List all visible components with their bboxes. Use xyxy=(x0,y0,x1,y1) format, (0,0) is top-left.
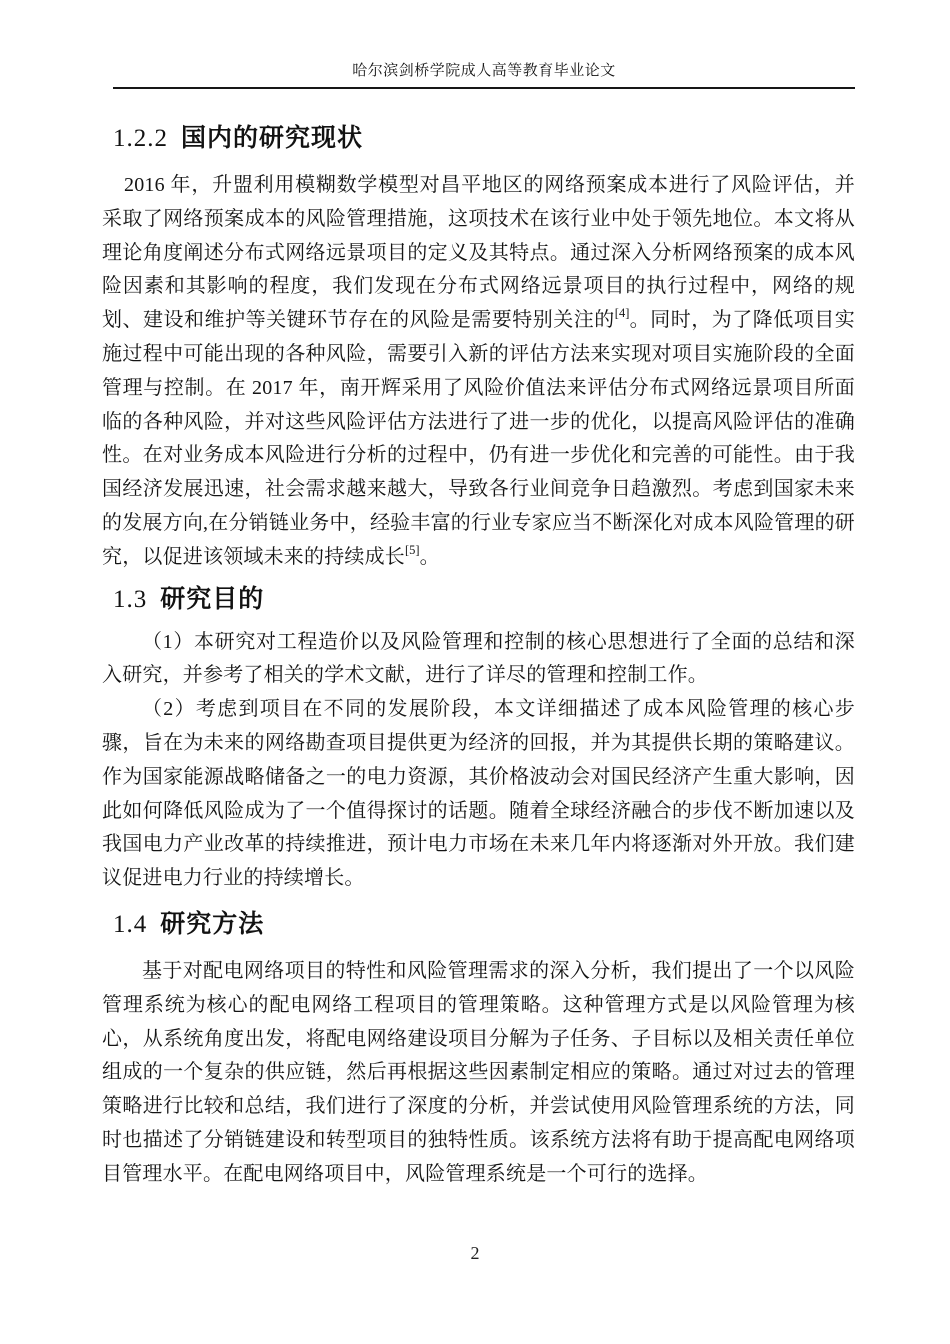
section-heading-1.3: 1.3研究目的 xyxy=(113,583,855,616)
paragraph-text: 。 xyxy=(420,546,440,568)
body-paragraph: 基于对配电网络项目的特性和风险管理需求的深入分析，我们提出了一个以风险管理系统为… xyxy=(102,955,855,1192)
heading-number: 1.2.2 xyxy=(113,125,168,152)
paragraph-text: （1）本研究对工程造价以及风险管理和控制的核心思想进行了全面的总结和深入研究，并… xyxy=(102,631,855,687)
paragraph-text: 基于对配电网络项目的特性和风险管理需求的深入分析，我们提出了一个以风险管理系统为… xyxy=(102,960,855,1185)
body-paragraph: （2）考虑到项目在不同的发展阶段，本文详细描述了成本风险管理的核心步骤，旨在为未… xyxy=(102,693,855,896)
running-header: 哈尔滨剑桥学院成人高等教育毕业论文 xyxy=(113,62,855,89)
paragraph-text: 。同时，为了降低项目实施过程中可能出现的各种风险，需要引入新的评估方法来实现对项… xyxy=(102,309,855,568)
heading-title: 国内的研究现状 xyxy=(181,124,363,152)
document-body: 1.2.2国内的研究现状2016 年，升盟利用模糊数学模型对昌平地区的网络预案成… xyxy=(102,122,855,1192)
citation-superscript: [4] xyxy=(615,306,630,320)
citation-superscript: [5] xyxy=(405,543,420,557)
section-heading-1.2.2: 1.2.2国内的研究现状 xyxy=(113,122,855,155)
heading-number: 1.4 xyxy=(113,911,147,938)
page-number: 2 xyxy=(0,1243,950,1264)
paragraph-text: （2）考虑到项目在不同的发展阶段，本文详细描述了成本风险管理的核心步骤，旨在为未… xyxy=(102,698,855,889)
heading-number: 1.3 xyxy=(113,586,147,613)
body-paragraph: 2016 年，升盟利用模糊数学模型对昌平地区的网络预案成本进行了风险评估，并采取… xyxy=(102,169,855,575)
heading-title: 研究方法 xyxy=(160,910,264,938)
document-page: 哈尔滨剑桥学院成人高等教育毕业论文 1.2.2国内的研究现状2016 年，升盟利… xyxy=(0,0,950,1344)
heading-title: 研究目的 xyxy=(160,585,264,613)
section-heading-1.4: 1.4研究方法 xyxy=(113,908,855,941)
body-paragraph: （1）本研究对工程造价以及风险管理和控制的核心思想进行了全面的总结和深入研究，并… xyxy=(102,626,855,694)
paragraph-text: 2016 年，升盟利用模糊数学模型对昌平地区的网络预案成本进行了风险评估，并采取… xyxy=(102,174,855,331)
